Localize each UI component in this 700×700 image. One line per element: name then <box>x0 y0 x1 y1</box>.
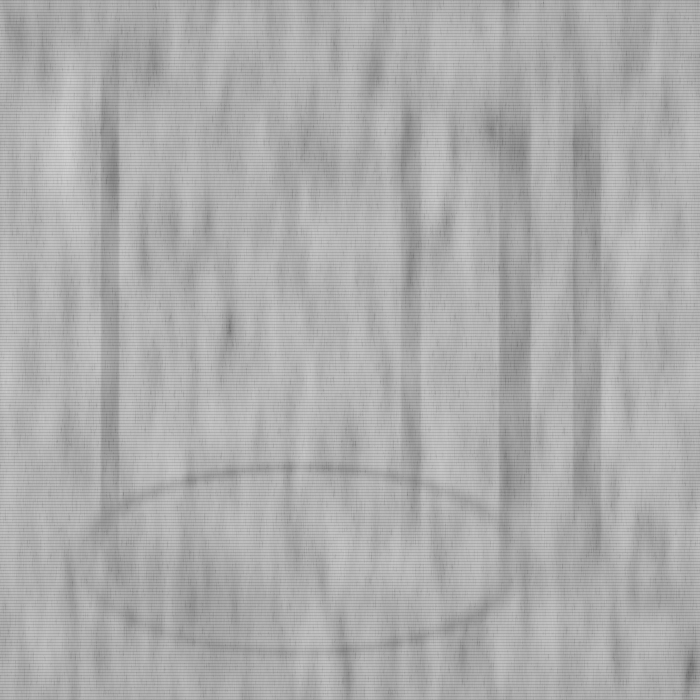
abstract-texture-image <box>0 0 700 700</box>
weave-lines <box>0 0 700 700</box>
